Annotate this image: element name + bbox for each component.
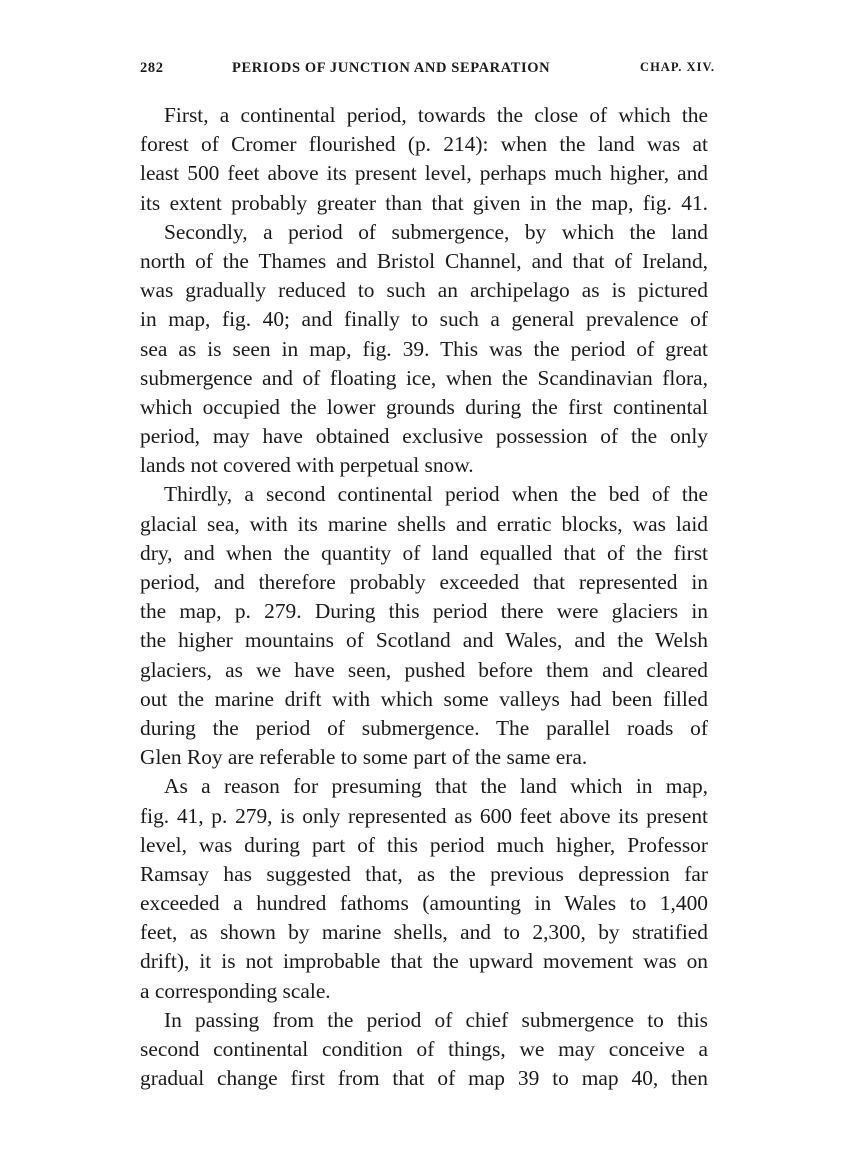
text-line: Thirdly, a second continental period whe…	[140, 480, 708, 509]
paragraph-transition: In passing from the period of chief subm…	[140, 1006, 708, 1094]
paragraph-first-period: First, a continental period, towards the…	[140, 101, 708, 218]
page-number: 282	[140, 60, 164, 77]
text-line: submergence and of floating ice, when th…	[140, 364, 708, 393]
body-text: First, a continental period, towards the…	[140, 101, 708, 1093]
running-title: PERIODS OF JUNCTION AND SEPARATION	[232, 60, 550, 77]
text-line: out the marine drift with which some val…	[140, 685, 708, 714]
text-line: lands not covered with perpetual snow.	[140, 451, 708, 480]
text-line: feet, as shown by marine shells, and to …	[140, 918, 708, 947]
paragraph-second-period: Secondly, a period of submergence, by wh…	[140, 218, 708, 481]
text-line: in map, fig. 40; and finally to such a g…	[140, 305, 708, 334]
text-line: level, was during part of this period mu…	[140, 831, 708, 860]
text-line: period, and therefore probably exceeded …	[140, 568, 708, 597]
book-page: 282 PERIODS OF JUNCTION AND SEPARATION C…	[0, 0, 850, 1150]
paragraph-third-period: Thirdly, a second continental period whe…	[140, 480, 708, 772]
text-line: Secondly, a period of submergence, by wh…	[140, 218, 708, 247]
text-line: exceeded a hundred fathoms (amounting in…	[140, 889, 708, 918]
text-line: glaciers, as we have seen, pushed before…	[140, 656, 708, 685]
text-line: its extent probably greater than that gi…	[140, 189, 708, 218]
running-head: 282 PERIODS OF JUNCTION AND SEPARATION C…	[140, 60, 715, 84]
text-line: north of the Thames and Bristol Channel,…	[140, 247, 708, 276]
text-line: dry, and when the quantity of land equal…	[140, 539, 708, 568]
text-line: the map, p. 279. During this period ther…	[140, 597, 708, 626]
text-line: a corresponding scale.	[140, 977, 708, 1006]
text-line: the higher mountains of Scotland and Wal…	[140, 626, 708, 655]
chapter-label: CHAP. XIV.	[640, 60, 715, 75]
text-line: sea as is seen in map, fig. 39. This was…	[140, 335, 708, 364]
text-line: least 500 feet above its present level, …	[140, 159, 708, 188]
text-line: glacial sea, with its marine shells and …	[140, 510, 708, 539]
text-line: In passing from the period of chief subm…	[140, 1006, 708, 1035]
text-line: First, a continental period, towards the…	[140, 101, 708, 130]
text-line: which occupied the lower grounds during …	[140, 393, 708, 422]
text-line: As a reason for presuming that the land …	[140, 772, 708, 801]
text-line: drift), it is not improbable that the up…	[140, 947, 708, 976]
text-line: Glen Roy are referable to some part of t…	[140, 743, 708, 772]
paragraph-ramsay-reason: As a reason for presuming that the land …	[140, 772, 708, 1006]
text-line: gradual change first from that of map 39…	[140, 1064, 708, 1093]
text-line: during the period of submergence. The pa…	[140, 714, 708, 743]
text-line: was gradually reduced to such an archipe…	[140, 276, 708, 305]
text-line: forest of Cromer flourished (p. 214): wh…	[140, 130, 708, 159]
text-line: Ramsay has suggested that, as the previo…	[140, 860, 708, 889]
text-line: fig. 41, p. 279, is only represented as …	[140, 802, 708, 831]
text-line: second continental condition of things, …	[140, 1035, 708, 1064]
text-line: period, may have obtained exclusive poss…	[140, 422, 708, 451]
